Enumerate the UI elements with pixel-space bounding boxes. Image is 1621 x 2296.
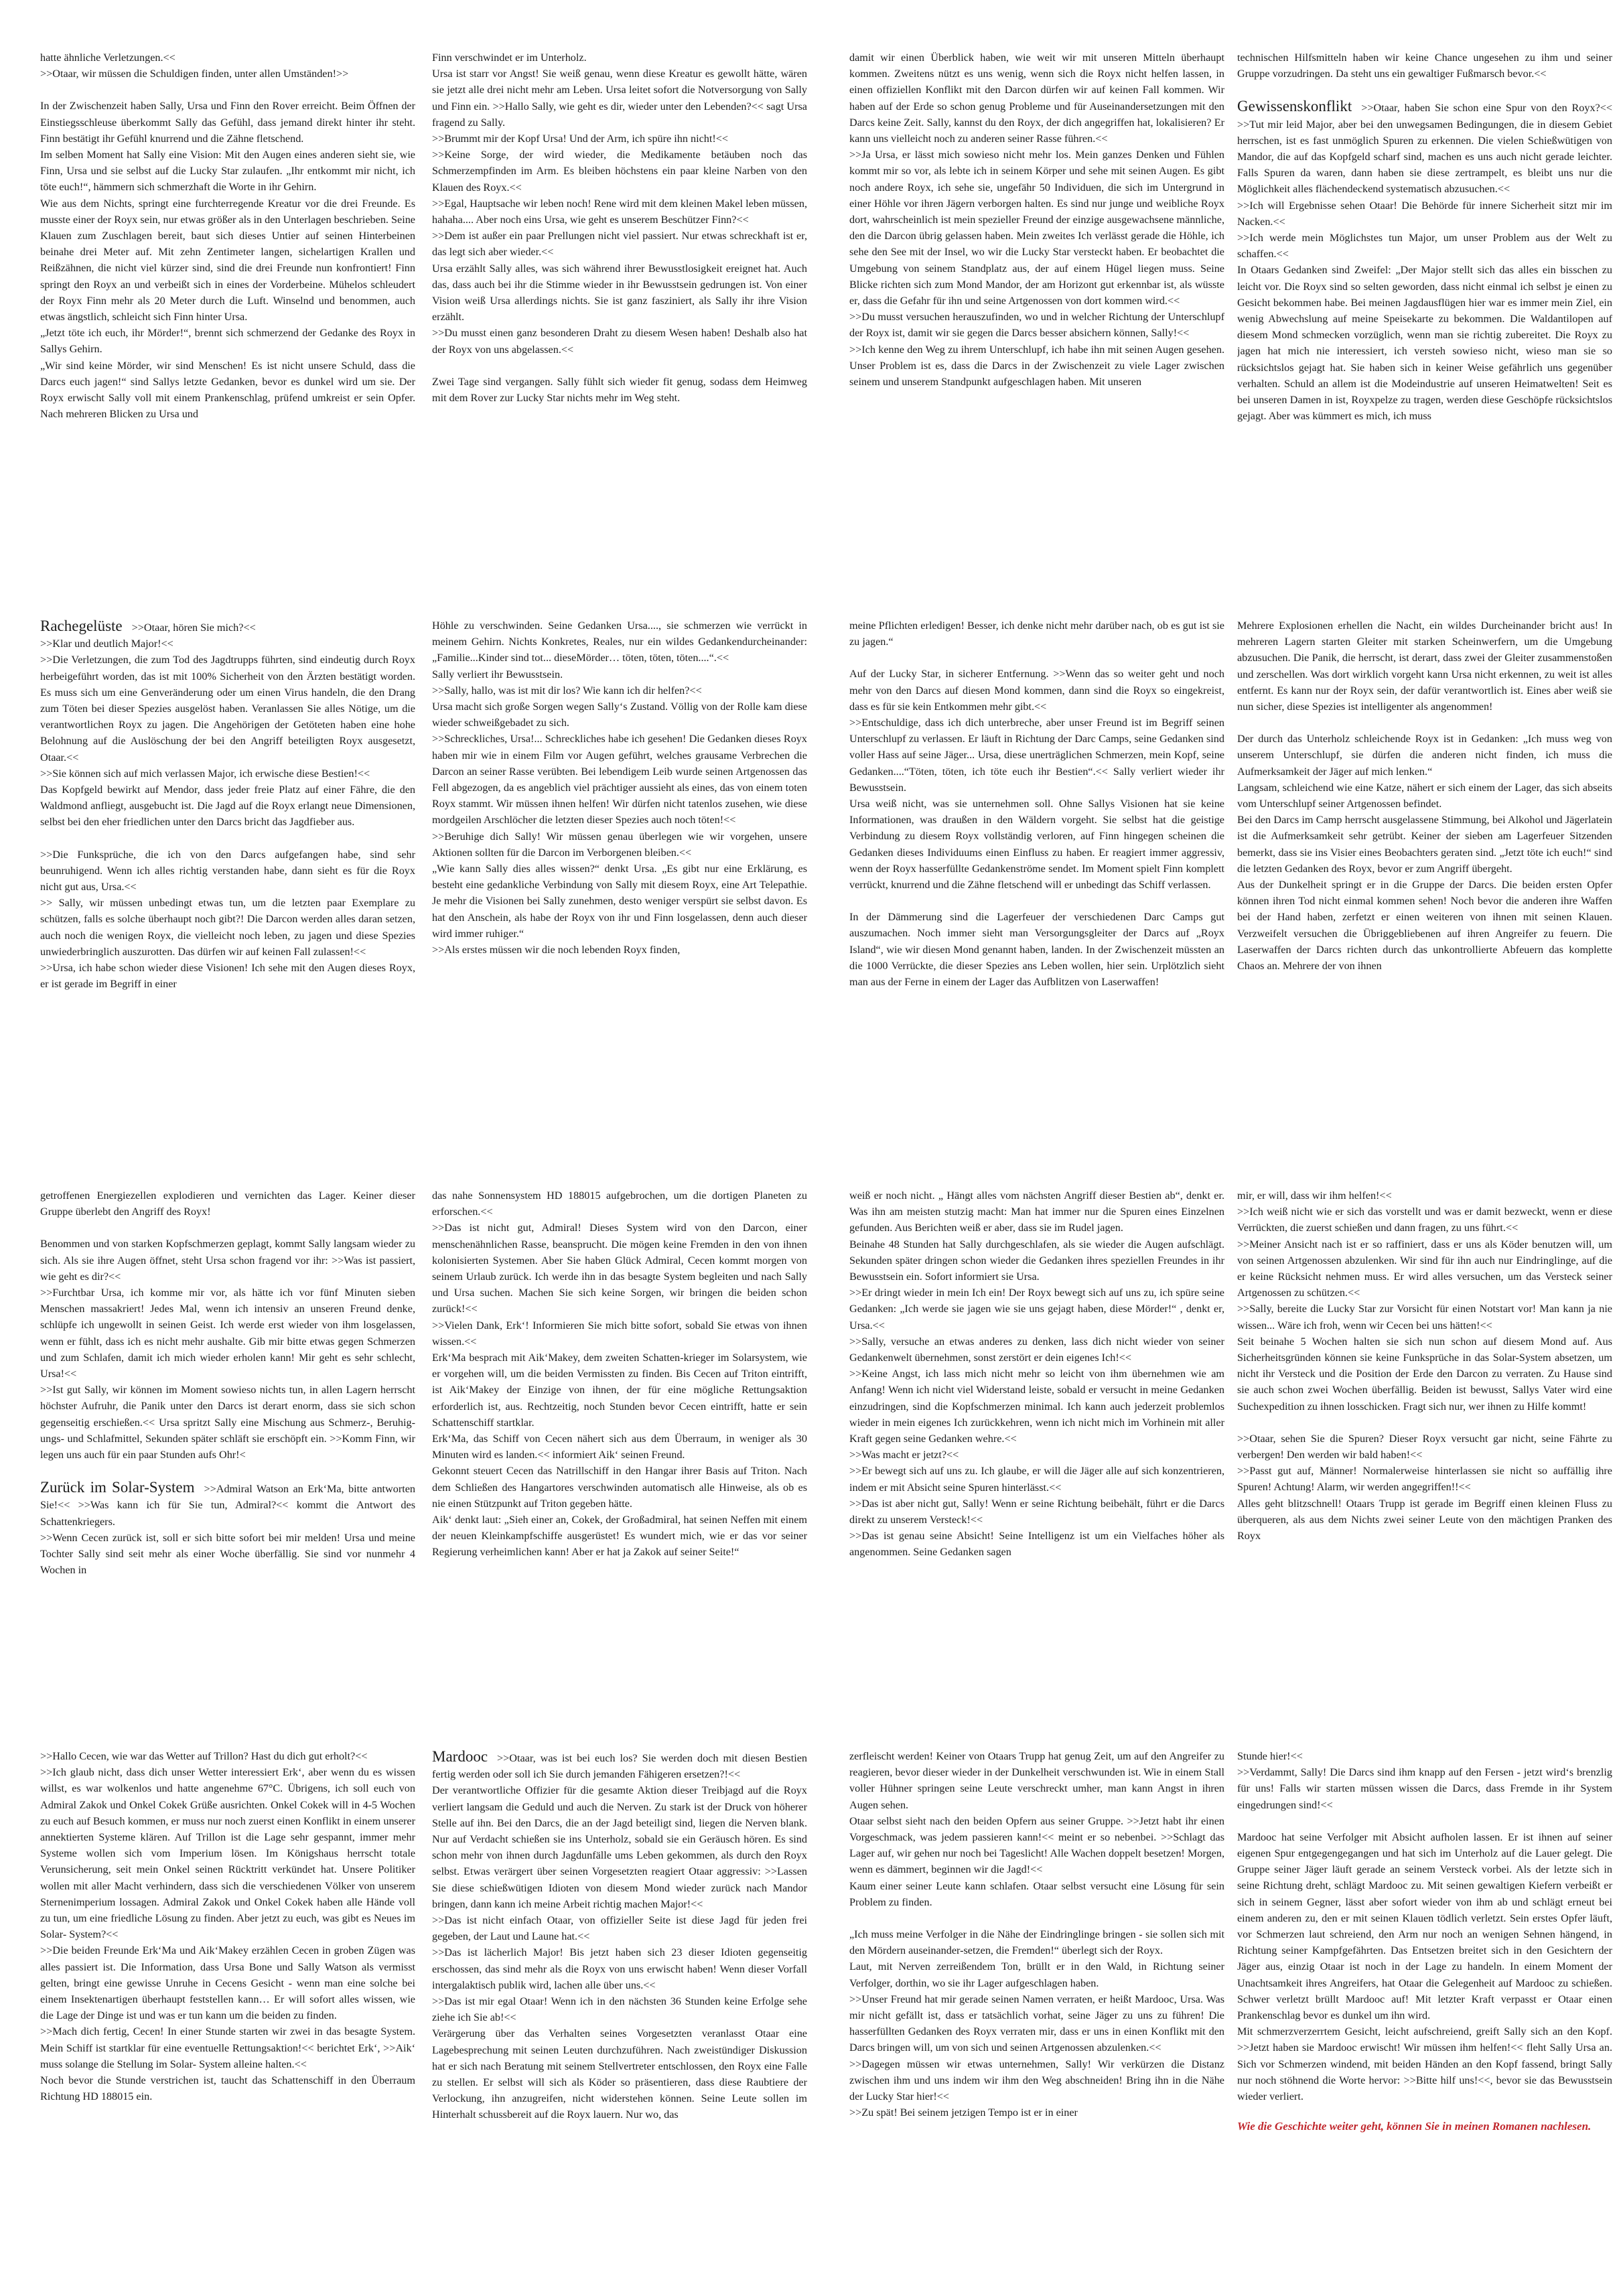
book-page: das nahe Sonnensystem HD 188015 aufgebro… bbox=[432, 1188, 807, 1561]
paragraph: >>Sally, bereite die Lucky Star zur Vors… bbox=[1237, 1301, 1612, 1333]
paragraph: Aik‘ denkt laut: „Sieh einer an, Cokek, … bbox=[432, 1512, 807, 1561]
paragraph: >>Schreckliches, Ursa!... Schreckliches … bbox=[432, 731, 807, 828]
paragraph: Erk‘Ma besprach mit Aik‘Makey, dem zweit… bbox=[432, 1350, 807, 1431]
paragraph: >>Ich weiß nicht wie er sich das vorstel… bbox=[1237, 1204, 1612, 1236]
paragraph: >>Beruhige dich Sally! Wir müssen genau … bbox=[432, 829, 807, 861]
paragraph: Auf der Lucky Star, in sicherer Entfernu… bbox=[849, 666, 1224, 715]
paragraph: mir, er will, dass wir ihm helfen!<< bbox=[1237, 1188, 1612, 1204]
paragraph: >>Du musst versuchen herauszufinden, wo … bbox=[849, 309, 1224, 341]
paragraph: Gekonnt steuert Cecen das Natrillschiff … bbox=[432, 1463, 807, 1512]
paragraph: >>Sie können sich auf mich verlassen Maj… bbox=[40, 766, 415, 782]
paragraph: >>Das ist lächerlich Major! Bis jetzt ha… bbox=[432, 1944, 807, 1993]
paragraph: Kaum einer seiner Leute kann schlafen. O… bbox=[849, 1878, 1224, 1910]
closing-note: Wie die Geschichte weiter geht, können S… bbox=[1237, 2118, 1612, 2135]
paragraph: >>Meiner Ansicht nach ist er so raffinie… bbox=[1237, 1236, 1612, 1301]
paragraph: >>Das ist aber nicht gut, Sally! Wenn er… bbox=[849, 1496, 1224, 1528]
paragraph: weiß er noch nicht. „ Hängt alles vom nä… bbox=[849, 1188, 1224, 1236]
chapter-heading: Gewissenskonflikt bbox=[1237, 98, 1352, 115]
paragraph: In der Dämmerung sind die Lagerfeuer der… bbox=[849, 909, 1224, 990]
paragraph: Sally verliert ihr Bewusstsein. bbox=[432, 666, 807, 683]
paragraph: Mit schmerzverzerrtem Gesicht, leicht au… bbox=[1237, 2023, 1612, 2104]
paragraph: >>Hallo Cecen, wie war das Wetter auf Tr… bbox=[40, 1748, 415, 1764]
paragraph: >>Ich glaub nicht, dass dich unser Wette… bbox=[40, 1764, 415, 1942]
paragraph: Der verantwortliche Offizier für die ges… bbox=[432, 1782, 807, 1912]
paragraph: „Ich muss meine Verfolger in die Nähe de… bbox=[849, 1926, 1224, 1958]
paragraph: technischen Hilfsmitteln haben wir keine… bbox=[1237, 50, 1612, 82]
paragraph: >>Das ist nicht gut, Admiral! Dieses Sys… bbox=[432, 1220, 807, 1317]
paragraph: Zwei Tage sind vergangen. Sally fühlt si… bbox=[432, 374, 807, 406]
paragraph: >>Was macht er jetzt?<< bbox=[849, 1447, 1224, 1463]
paragraph: >>Klar und deutlich Major!<< bbox=[40, 636, 415, 652]
document-page-grid: hatte ähnliche Verletzungen.<<>>Otaar, w… bbox=[0, 0, 1621, 2296]
paragraph: getroffenen Energiezellen explodieren un… bbox=[40, 1188, 415, 1220]
paragraph: >>Ich werde mein Möglichstes tun Major, … bbox=[1237, 230, 1612, 262]
paragraph: >>Sally, versuche an etwas anderes zu de… bbox=[849, 1334, 1224, 1366]
paragraph: Finn verschwindet er im Unterholz. bbox=[432, 50, 807, 66]
paragraph: Mardooc hat seine Verfolger mit Absicht … bbox=[1237, 1829, 1612, 2023]
paragraph: Stunde hier!<< bbox=[1237, 1748, 1612, 1764]
paragraph: >>Keine Sorge, der wird wieder, die Medi… bbox=[432, 147, 807, 196]
paragraph: Zurück im Solar-System>>Admiral Watson a… bbox=[40, 1479, 415, 1530]
paragraph: >>Ursa, ich habe schon wieder diese Visi… bbox=[40, 960, 415, 992]
book-page: hatte ähnliche Verletzungen.<<>>Otaar, w… bbox=[40, 50, 415, 422]
paragraph: >>Wenn Cecen zurück ist, soll er sich bi… bbox=[40, 1530, 415, 1579]
paragraph: Benommen und von starken Kopfschmerzen g… bbox=[40, 1236, 415, 1285]
paragraph: Seit beinahe 5 Wochen halten sie sich nu… bbox=[1237, 1334, 1612, 1415]
book-page: technischen Hilfsmitteln haben wir keine… bbox=[1237, 50, 1612, 424]
paragraph: >>Das ist nicht einfach Otaar, von offiz… bbox=[432, 1912, 807, 1944]
paragraph: Laut, mit Nerven zerreißendem Ton, brüll… bbox=[849, 1958, 1224, 1991]
book-page: Höhle zu verschwinden. Seine Gedanken Ur… bbox=[432, 618, 807, 958]
paragraph: >>Die Funksprüche, die ich von den Darcs… bbox=[40, 847, 415, 895]
paragraph: >>Du musst einen ganz besonderen Draht z… bbox=[432, 325, 807, 357]
paragraph: das nahe Sonnensystem HD 188015 aufgebro… bbox=[432, 1188, 807, 1220]
paragraph: Ursa macht sich große Sorgen wegen Sally… bbox=[432, 699, 807, 731]
paragraph: „Wie kann Sally dies alles wissen?“ denk… bbox=[432, 861, 807, 942]
paragraph: Mardooc>>Otaar, was ist bei euch los? Si… bbox=[432, 1748, 807, 1782]
book-page: meine Pflichten erledigen! Besser, ich d… bbox=[849, 618, 1224, 990]
chapter-heading: Rachegelüste bbox=[40, 618, 123, 634]
paragraph: >>Das ist mir egal Otaar! Wenn ich in de… bbox=[432, 1993, 807, 2025]
paragraph: Das Kopfgeld bewirkt auf Mendor, dass je… bbox=[40, 782, 415, 831]
book-page: zerfleischt werden! Keiner von Otaars Tr… bbox=[849, 1748, 1224, 2121]
book-page: Mardooc>>Otaar, was ist bei euch los? Si… bbox=[432, 1748, 807, 2123]
paragraph: >>Zu spät! Bei seinem jetzigen Tempo ist… bbox=[849, 2104, 1224, 2121]
paragraph: damit wir einen Überblick haben, wie wei… bbox=[849, 50, 1224, 147]
paragraph: Alles geht blitzschnell! Otaars Trupp is… bbox=[1237, 1496, 1612, 1545]
book-page: weiß er noch nicht. „ Hängt alles vom nä… bbox=[849, 1188, 1224, 1561]
paragraph: >>Er bewegt sich auf uns zu. Ich glaube,… bbox=[849, 1463, 1224, 1495]
paragraph: Otaar selbst sieht nach den beiden Opfer… bbox=[849, 1813, 1224, 1878]
paragraph: Beinahe 48 Stunden hat Sally durchgeschl… bbox=[849, 1236, 1224, 1285]
paragraph: meine Pflichten erledigen! Besser, ich d… bbox=[849, 618, 1224, 650]
paragraph: >>Verdammt, Sally! Die Darcs sind ihm kn… bbox=[1237, 1764, 1612, 1813]
paragraph: Rachegelüste>>Otaar, hören Sie mich?<< bbox=[40, 618, 415, 636]
paragraph: hatte ähnliche Verletzungen.<< bbox=[40, 50, 415, 66]
chapter-heading: Mardooc bbox=[432, 1748, 488, 1765]
paragraph: >> Sally, wir müssen unbedingt etwas tun… bbox=[40, 895, 415, 960]
paragraph: >>Keine Angst, ich lass mich nicht mehr … bbox=[849, 1366, 1224, 1447]
paragraph: >>Dagegen müssen wir etwas unternehmen, … bbox=[849, 2056, 1224, 2105]
paragraph: Ursa erzählt Sally alles, was sich währe… bbox=[432, 261, 807, 326]
paragraph: zerfleischt werden! Keiner von Otaars Tr… bbox=[849, 1748, 1224, 1813]
paragraph: >>Als erstes müssen wir die noch lebende… bbox=[432, 942, 807, 958]
paragraph: Ursa weiß nicht, was sie unternehmen sol… bbox=[849, 796, 1224, 893]
paragraph: Bei den Darcs im Camp herrscht ausgelass… bbox=[1237, 812, 1612, 877]
book-page: Finn verschwindet er im Unterholz.Ursa i… bbox=[432, 50, 807, 406]
paragraph: Noch bevor die Stunde verstrichen ist, t… bbox=[40, 2072, 415, 2104]
book-page: getroffenen Energiezellen explodieren un… bbox=[40, 1188, 415, 1578]
paragraph: >>Sally, hallo, was ist mit dir los? Wie… bbox=[432, 683, 807, 699]
book-page: Stunde hier!<<>>Verdammt, Sally! Die Dar… bbox=[1237, 1748, 1612, 2135]
paragraph: Gewissenskonflikt>>Otaar, haben Sie scho… bbox=[1237, 98, 1612, 197]
paragraph: >>Er dringt wieder in mein Ich ein! Der … bbox=[849, 1285, 1224, 1334]
paragraph: >>Ich will Ergebnisse sehen Otaar! Die B… bbox=[1237, 198, 1612, 230]
paragraph: >>Die beiden Freunde Erk‘Ma und Aik‘Make… bbox=[40, 1942, 415, 2023]
paragraph: Der durch das Unterholz schleichende Roy… bbox=[1237, 731, 1612, 780]
paragraph: >>Vielen Dank, Erk‘! Informieren Sie mic… bbox=[432, 1317, 807, 1350]
paragraph: In der Zwischenzeit haben Sally, Ursa un… bbox=[40, 98, 415, 147]
paragraph: Langsam, schleichend wie eine Katze, näh… bbox=[1237, 780, 1612, 812]
book-page: >>Hallo Cecen, wie war das Wetter auf Tr… bbox=[40, 1748, 415, 2104]
book-page: damit wir einen Überblick haben, wie wei… bbox=[849, 50, 1224, 390]
paragraph: „Jetzt töte ich euch, ihr Mörder!“, bren… bbox=[40, 325, 415, 357]
paragraph: >>Brummt mir der Kopf Ursa! Und der Arm,… bbox=[432, 131, 807, 147]
paragraph: Verärgerung über das Verhalten seines Vo… bbox=[432, 2025, 807, 2123]
paragraph: >>Ist gut Sally, wir können im Moment so… bbox=[40, 1382, 415, 1463]
paragraph: Im selben Moment hat Sally eine Vision: … bbox=[40, 147, 415, 196]
paragraph: >>Ich kenne den Weg zu ihrem Unterschlup… bbox=[849, 342, 1224, 390]
paragraph: >>Egal, Hauptsache wir leben noch! Rene … bbox=[432, 196, 807, 228]
paragraph: Wie aus dem Nichts, springt eine furchte… bbox=[40, 196, 415, 326]
paragraph: >>Furchtbar Ursa, ich komme mir vor, als… bbox=[40, 1285, 415, 1382]
paragraph: >>Mach dich fertig, Cecen! In einer Stun… bbox=[40, 2023, 415, 2072]
paragraph: >>Dem ist außer ein paar Prellungen nich… bbox=[432, 228, 807, 260]
paragraph: Mehrere Explosionen erhellen die Nacht, … bbox=[1237, 618, 1612, 715]
book-page: mir, er will, dass wir ihm helfen!<<>>Ic… bbox=[1237, 1188, 1612, 1544]
paragraph: >>Die Verletzungen, die zum Tod des Jagd… bbox=[40, 652, 415, 765]
paragraph: In Otaars Gedanken sind Zweifel: „Der Ma… bbox=[1237, 262, 1612, 424]
chapter-heading: Zurück im Solar-System bbox=[40, 1479, 195, 1496]
paragraph: Aus der Dunkelheit springt er in die Gru… bbox=[1237, 877, 1612, 974]
paragraph: „Wir sind keine Mörder, wir sind Mensche… bbox=[40, 358, 415, 423]
paragraph: >>Otaar, wir müssen die Schuldigen finde… bbox=[40, 66, 415, 82]
paragraph: Erk‘Ma, das Schiff von Cecen nähert sich… bbox=[432, 1431, 807, 1463]
paragraph: Höhle zu verschwinden. Seine Gedanken Ur… bbox=[432, 618, 807, 666]
paragraph: >>Passt gut auf, Männer! Normalerweise h… bbox=[1237, 1463, 1612, 1495]
book-page: Rachegelüste>>Otaar, hören Sie mich?<<>>… bbox=[40, 618, 415, 992]
paragraph: >>Ja Ursa, er lässt mich sowieso nicht m… bbox=[849, 147, 1224, 309]
book-page: Mehrere Explosionen erhellen die Nacht, … bbox=[1237, 618, 1612, 974]
paragraph: >>Unser Freund hat mir gerade seinen Nam… bbox=[849, 1991, 1224, 2056]
paragraph: >>Otaar, sehen Sie die Spuren? Dieser Ro… bbox=[1237, 1431, 1612, 1463]
paragraph: Ursa ist starr vor Angst! Sie weiß genau… bbox=[432, 66, 807, 131]
paragraph: >>Das ist genau seine Absicht! Seine Int… bbox=[849, 1528, 1224, 1560]
paragraph: >>Entschuldige, dass ich dich unterbrech… bbox=[849, 715, 1224, 796]
